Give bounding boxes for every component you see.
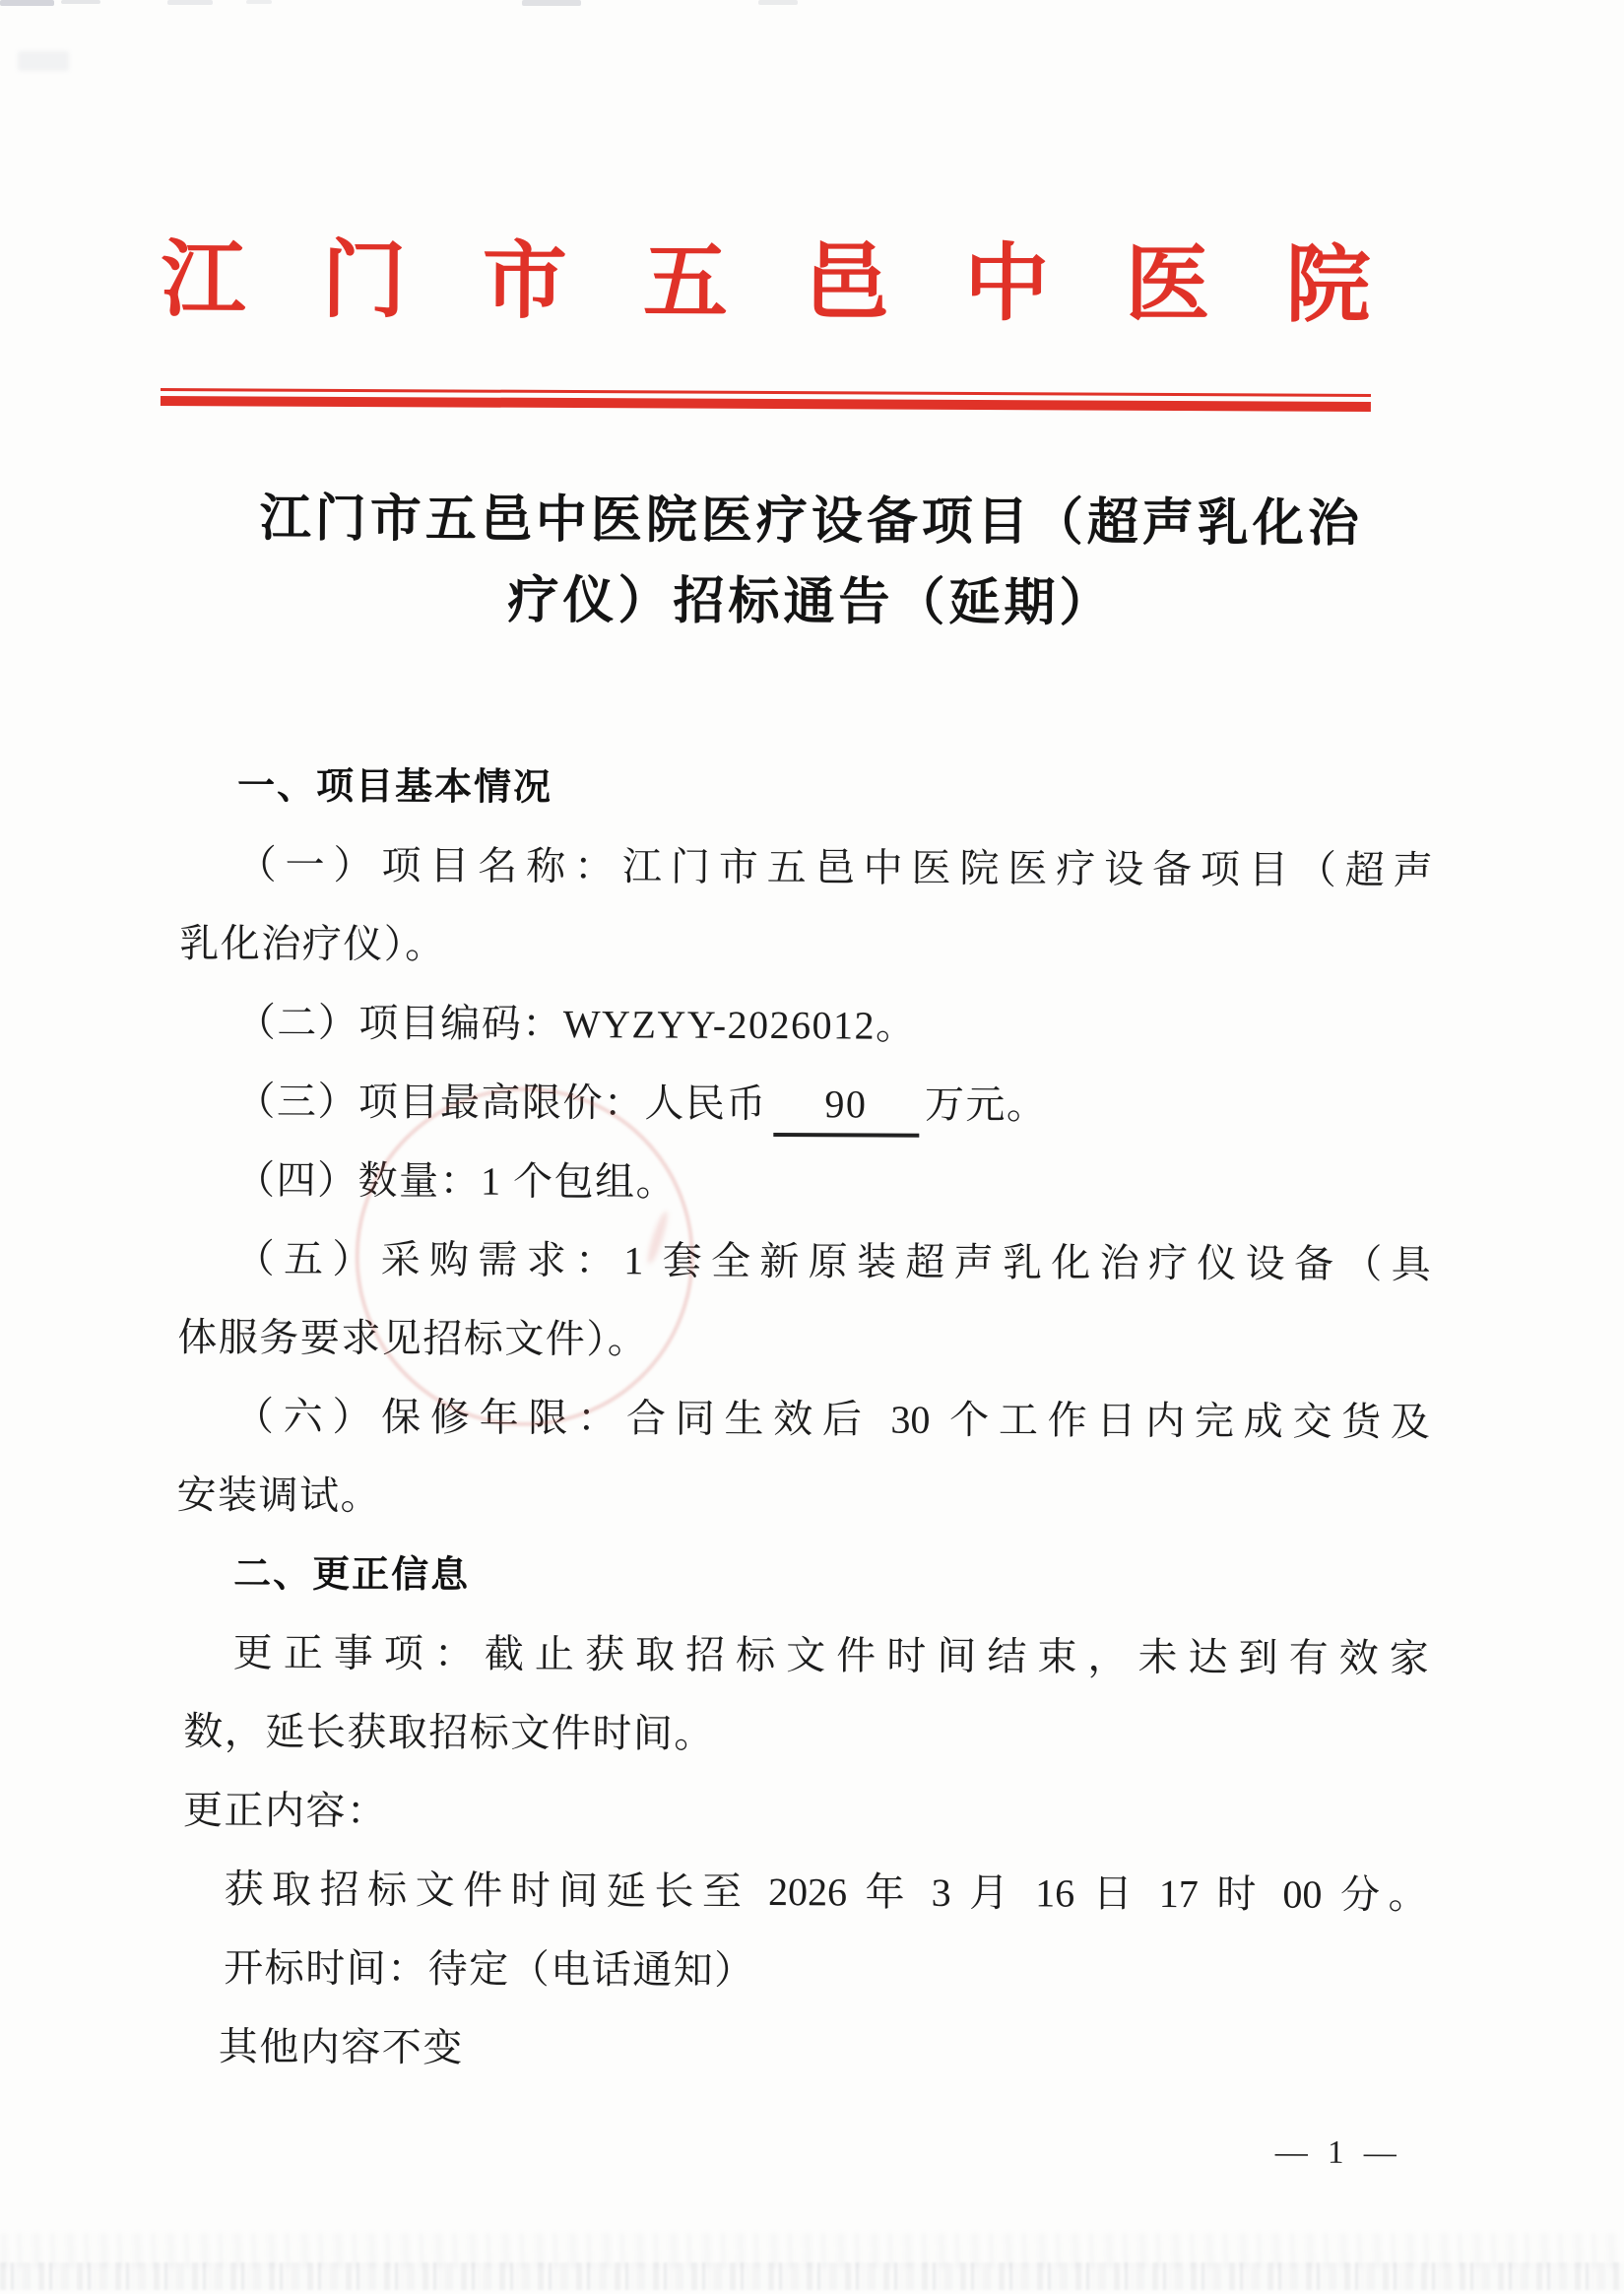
scan-artifact: [18, 51, 69, 71]
scan-artifact: [522, 0, 581, 6]
page-number: — 1 —: [1230, 2134, 1447, 2172]
item6-warranty-line2: 安装调试。: [176, 1456, 1429, 1540]
document-title: 江门市五邑中医院医疗设备项目（超声乳化治 疗仪）招标通告（延期）: [117, 479, 1506, 647]
other-content-unchanged-line: 其他内容不变: [174, 2007, 1427, 2092]
document-title-line2: 疗仪）招标通告（延期）: [117, 559, 1505, 647]
letterhead-rule-thick: [161, 396, 1371, 412]
item6-warranty-line1: （六）保修年限：合同生效后 30 个工作日内完成交货及: [177, 1377, 1430, 1462]
correction-deadline-line: 获取招标文件时间延长至 2026 年 3 月 16 日 17 时 00 分。: [174, 1850, 1427, 1934]
price-value-underlined: 90: [773, 1080, 919, 1138]
item1-project-name-line2: 乳化治疗仪）。: [179, 904, 1432, 989]
scanned-document-page: 江门市五邑中医院 江门市五邑中医院医疗设备项目（超声乳化治 疗仪）招标通告（延期…: [0, 0, 1624, 2294]
official-seal-watermark: [355, 1086, 695, 1427]
section2-heading: 二、更正信息: [176, 1535, 1429, 1619]
scan-content: 江门市五邑中医院 江门市五邑中医院医疗设备项目（超声乳化治 疗仪）招标通告（延期…: [0, 0, 1624, 2294]
document-title-line1: 江门市五邑中医院医疗设备项目（超声乳化治: [117, 479, 1505, 566]
item1-project-name-line1: （一）项目名称：江门市五邑中医院医疗设备项目（超声: [179, 825, 1432, 910]
item3-max-price-line: （三）项目最高限价：人民币90万元。: [178, 1062, 1431, 1147]
scan-artifact: [758, 0, 798, 5]
section1-heading: 一、项目基本情况: [180, 747, 1433, 831]
scan-artifact: [61, 0, 100, 4]
scan-artifact: [0, 0, 54, 6]
correction-matter-line2: 数，延长获取招标文件时间。: [175, 1692, 1428, 1777]
bid-opening-time-line: 开标时间：待定（电话通知）: [174, 1929, 1427, 2013]
item2-project-code: （二）项目编码：WYZYY-2026012。: [179, 983, 1432, 1068]
scan-noise-band: [0, 2262, 1624, 2290]
document-body: 一、项目基本情况 （一）项目名称：江门市五邑中医院医疗设备项目（超声 乳化治疗仪…: [174, 747, 1434, 2092]
scan-artifact: [167, 0, 213, 5]
scan-artifact: [246, 0, 272, 4]
item3-suffix: 万元。: [925, 1082, 1048, 1128]
correction-matter-line1: 更正事项：截止获取招标文件时间结束，未达到有效家: [176, 1613, 1429, 1698]
hospital-letterhead: 江门市五邑中医院: [161, 234, 1370, 339]
letterhead-rule-thin: [161, 388, 1371, 397]
correction-content-label: 更正内容：: [175, 1771, 1428, 1856]
